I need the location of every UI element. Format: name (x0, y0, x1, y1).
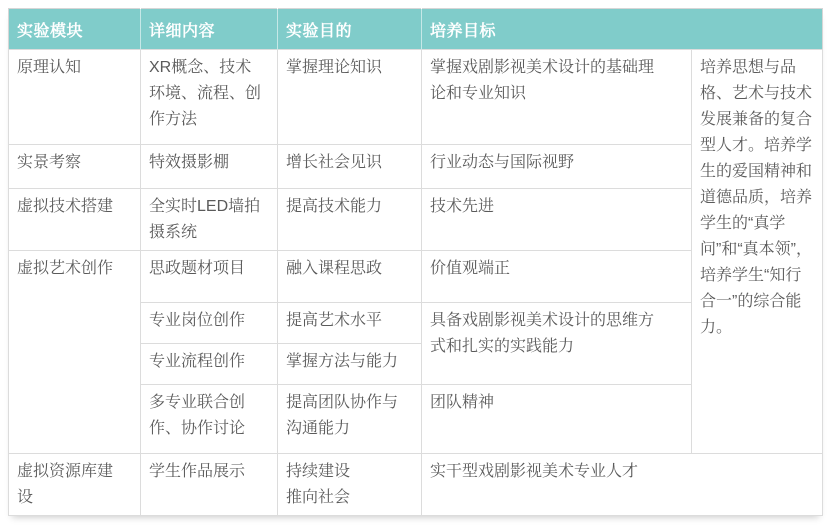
row-virtual-resource-library: 虚拟资源库建设 学生作品展示 持续建设 推向社会 实干型戏剧影视美术专业人才 (9, 454, 823, 516)
cell-content: 专业岗位创作 (141, 303, 278, 344)
cell-content: 学生作品展示 (141, 454, 278, 516)
cell-purpose: 掌握理论知识 (278, 50, 422, 145)
cell-content: 全实时LED墙拍摄系统 (141, 189, 278, 251)
cell-purpose: 提高技术能力 (278, 189, 422, 251)
cell-purpose: 增长社会见识 (278, 145, 422, 189)
cell-goal: 行业动态与国际视野 (422, 145, 692, 189)
cell-purpose: 融入课程思政 (278, 251, 422, 303)
col-header-content: 详细内容 (141, 9, 278, 50)
cell-content: 专业流程创作 (141, 344, 278, 385)
cell-module: 原理认知 (9, 50, 141, 145)
col-header-module: 实验模块 (9, 9, 141, 50)
cell-goal: 团队精神 (422, 385, 692, 454)
cell-goal: 掌握戏剧影视美术设计的基础理论和专业知识 (422, 50, 692, 145)
row-principle-cognition: 原理认知 XR概念、技术环境、流程、创作方法 掌握理论知识 掌握戏剧影视美术设计… (9, 50, 823, 145)
cell-purpose: 提高团队协作与沟通能力 (278, 385, 422, 454)
header-row: 实验模块 详细内容 实验目的 培养目标 (9, 9, 823, 50)
cell-content: XR概念、技术环境、流程、创作方法 (141, 50, 278, 145)
cell-purpose: 提高艺术水平 (278, 303, 422, 344)
cell-purpose: 掌握方法与能力 (278, 344, 422, 385)
cell-goal: 价值观端正 (422, 251, 692, 303)
cell-goal: 技术先进 (422, 189, 692, 251)
cell-purpose: 持续建设 推向社会 (278, 454, 422, 516)
page: 实验模块 详细内容 实验目的 培养目标 原理认知 XR概念、技术环境、流程、创作… (0, 0, 830, 526)
cell-module: 虚拟艺术创作 (9, 251, 141, 454)
cell-content: 特效摄影棚 (141, 145, 278, 189)
training-modules-table: 实验模块 详细内容 实验目的 培养目标 原理认知 XR概念、技术环境、流程、创作… (8, 8, 823, 516)
cell-overall-goal: 培养思想与品格、艺术与技术发展兼备的复合型人才。培养学生的爱国精神和道德品质，培… (692, 50, 823, 454)
cell-goal: 实干型戏剧影视美术专业人才 (422, 454, 823, 516)
col-header-purpose: 实验目的 (278, 9, 422, 50)
cell-module: 实景考察 (9, 145, 141, 189)
cell-goal: 具备戏剧影视美术设计的思维方式和扎实的实践能力 (422, 303, 692, 385)
cell-content: 多专业联合创作、协作讨论 (141, 385, 278, 454)
cell-module: 虚拟资源库建设 (9, 454, 141, 516)
cell-module: 虚拟技术搭建 (9, 189, 141, 251)
cell-content: 思政题材项目 (141, 251, 278, 303)
col-header-goal: 培养目标 (422, 9, 823, 50)
